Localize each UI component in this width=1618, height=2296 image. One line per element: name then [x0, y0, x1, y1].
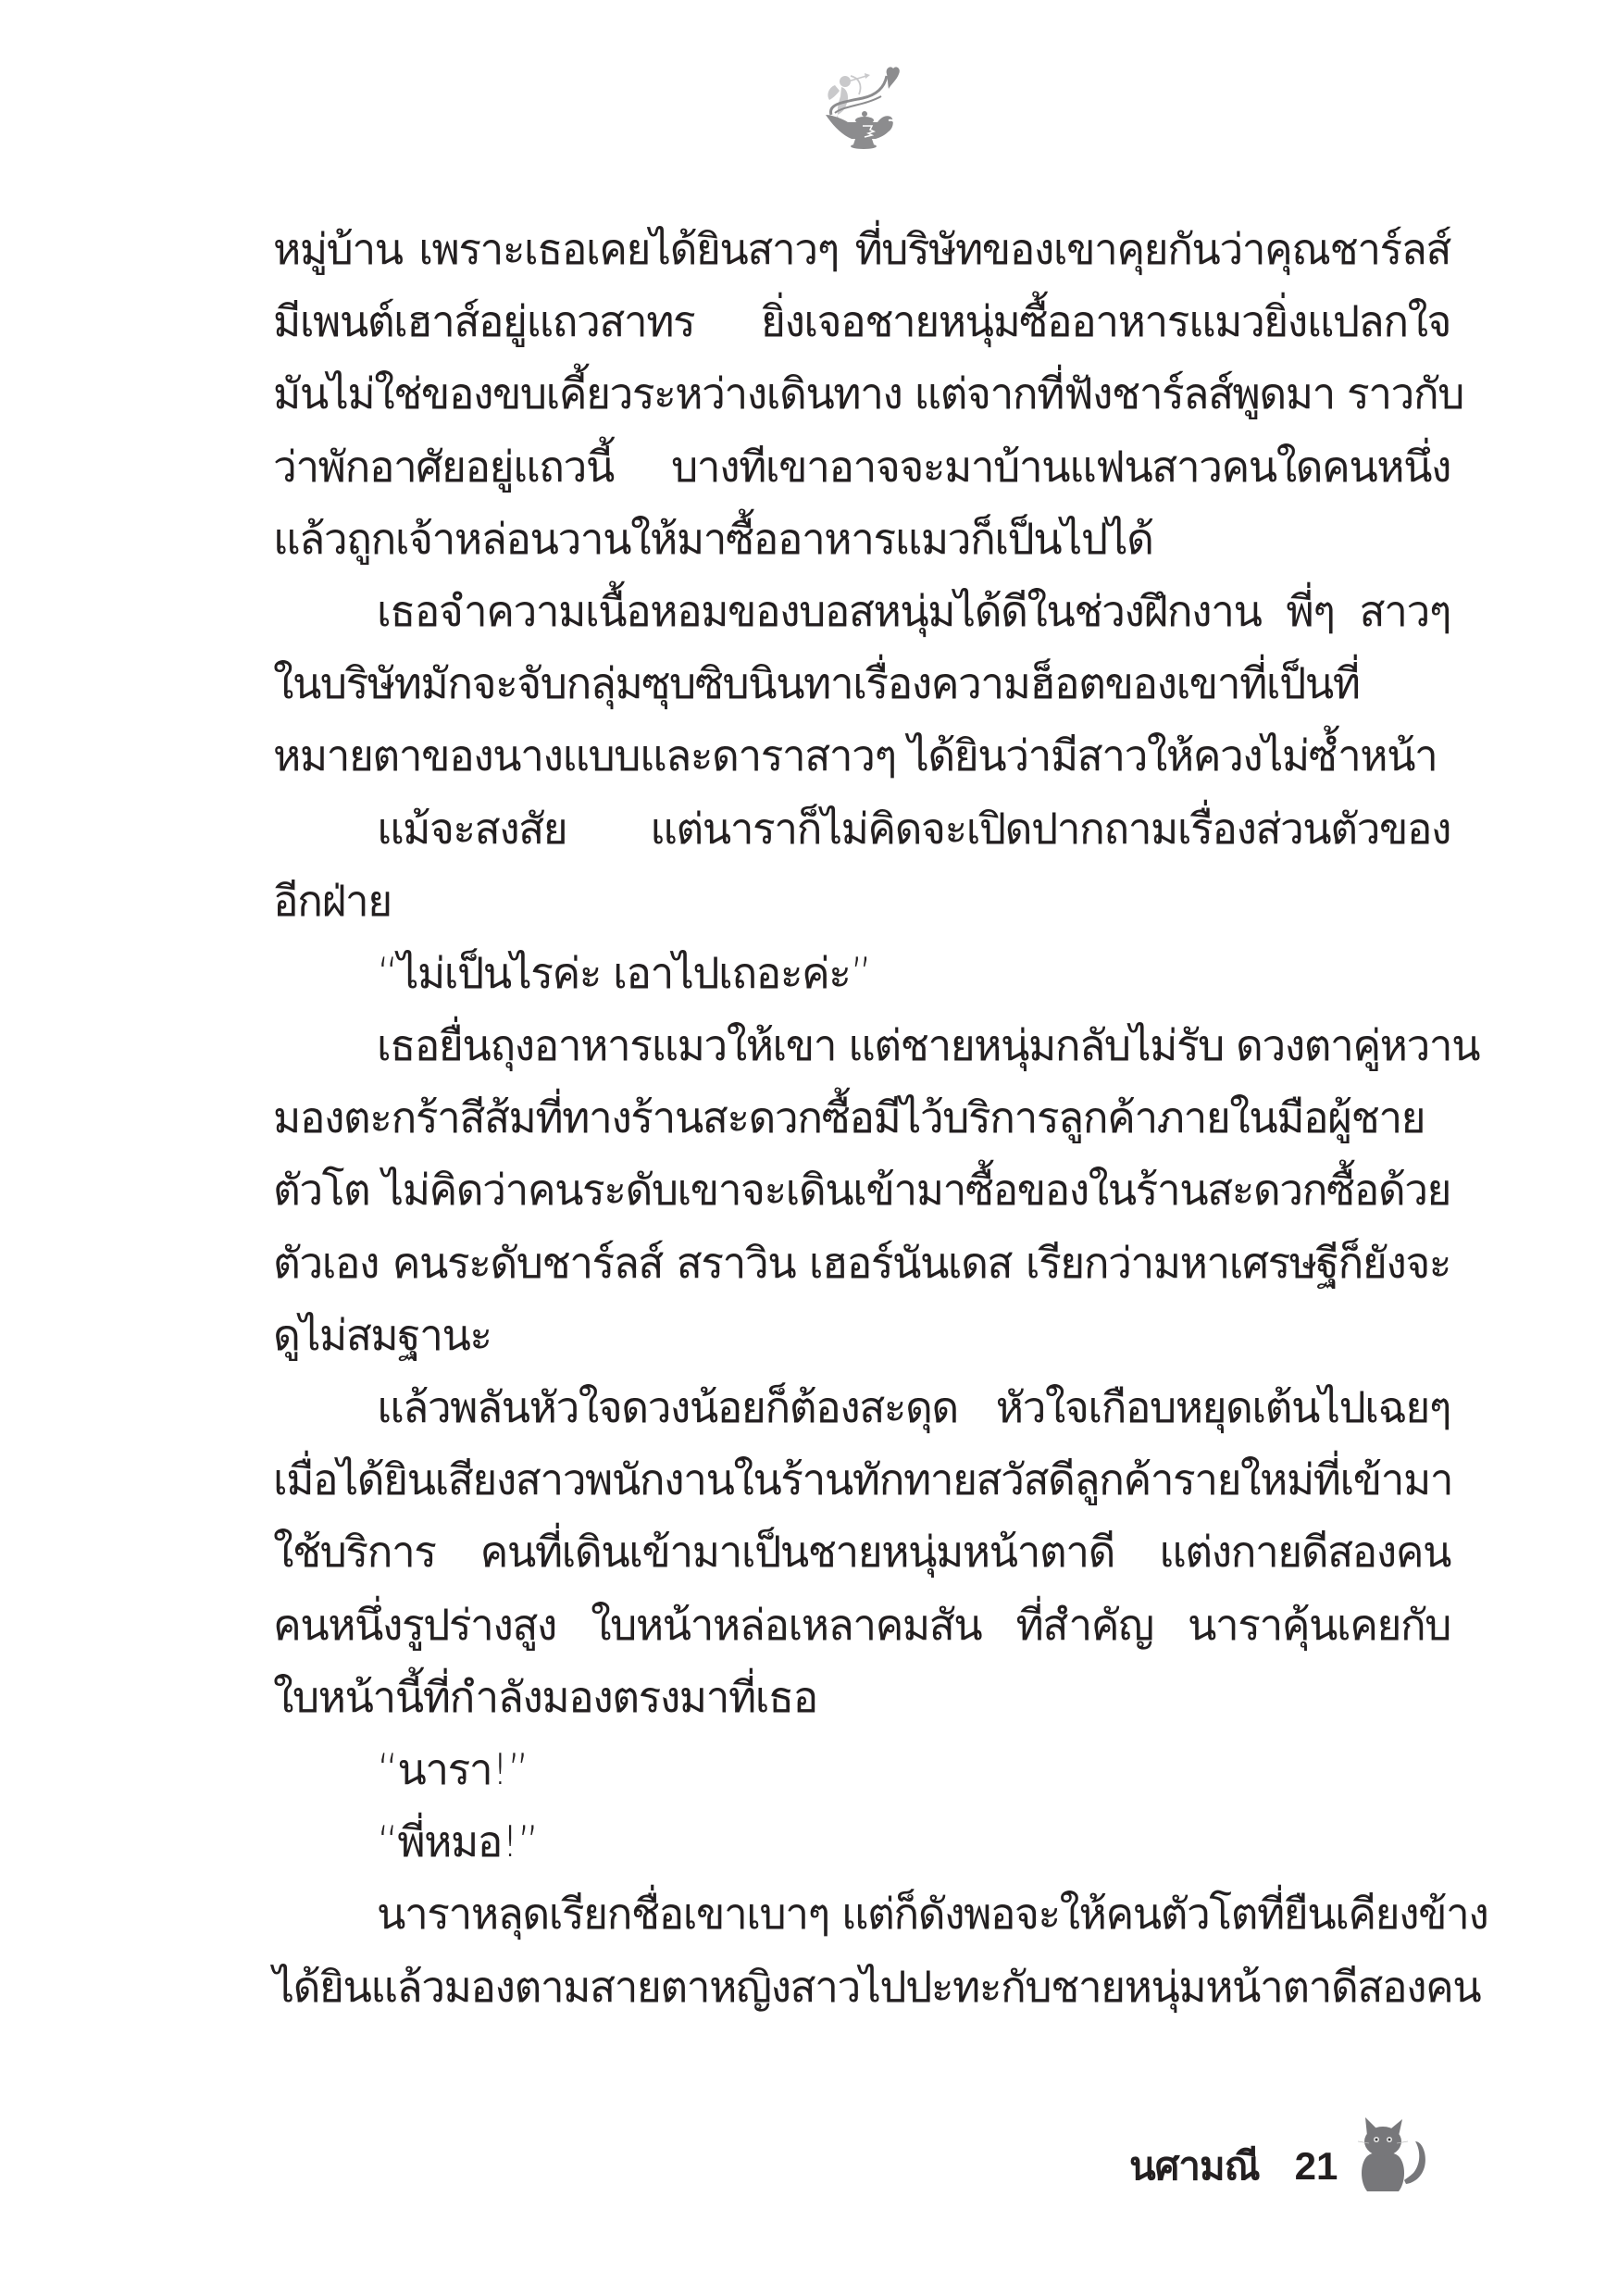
text-line: ได้ยินแล้วมองตามสายตาหญิงสาวไปปะทะกับชาย… — [273, 1951, 1450, 2023]
cat-icon — [1347, 2108, 1436, 2197]
text-line: หมายตาของนางแบบและดาราสาวๆ ได้ยินว่ามีสา… — [273, 719, 1450, 792]
text-line: มันไม่ใช่ของขบเคี้ยวระหว่างเดินทาง แต่จา… — [273, 357, 1450, 430]
text-line: ตัวเอง คนระดับชาร์ลส์ สราวิน เฮอร์นันเดส… — [273, 1227, 1450, 1299]
text-line: แล้วพลันหัวใจดวงน้อยก็ต้องสะดุด หัวใจเกื… — [273, 1371, 1450, 1443]
page-number: 21 — [1295, 2144, 1338, 2189]
text-line: หมู่บ้าน เพราะเธอเคยได้ยินสาวๆ ที่บริษัท… — [273, 213, 1450, 285]
body-text: หมู่บ้าน เพราะเธอเคยได้ยินสาวๆ ที่บริษัท… — [273, 213, 1450, 2023]
text-line: “ไม่เป็นไรค่ะ เอาไปเถอะค่ะ” — [273, 937, 1450, 1009]
text-line: มองตะกร้าสีส้มที่ทางร้านสะดวกซื้อมีไว้บร… — [273, 1081, 1450, 1154]
text-line: เธอยื่นถุงอาหารแมวให้เขา แต่ชายหนุ่มกลับ… — [273, 1009, 1450, 1081]
text-line: แล้วถูกเจ้าหล่อนวานให้มาซื้ออาหารแมวก็เป… — [273, 503, 1450, 575]
text-line: มีเพนต์เฮาส์อยู่แถวสาทร ยิ่งเจอชายหนุ่มซ… — [273, 285, 1450, 357]
text-line: ในบริษัทมักจะจับกลุ่มซุบซิบนินทาเรื่องคว… — [273, 647, 1450, 719]
text-line: “นารา!” — [273, 1733, 1450, 1805]
logo-svg — [807, 57, 907, 150]
text-line: ตัวโต ไม่คิดว่าคนระดับเขาจะเดินเข้ามาซื้… — [273, 1154, 1450, 1226]
text-line: ใบหน้านี้ที่กำลังมองตรงมาที่เธอ — [273, 1661, 1450, 1733]
text-line: ดูไม่สมฐานะ — [273, 1299, 1450, 1371]
cat-svg — [1347, 2108, 1436, 2197]
page-footer: นศามณี 21 — [1129, 2129, 1436, 2203]
text-line: ใช้บริการ คนที่เดินเข้ามาเป็นชายหนุ่มหน้… — [273, 1516, 1450, 1588]
text-line: คนหนึ่งรูปร่างสูง ใบหน้าหล่อเหลาคมสัน ที… — [273, 1589, 1450, 1661]
text-line: ว่าพักอาศัยอยู่แถวนี้ บางทีเขาอาจจะมาบ้า… — [273, 430, 1450, 503]
author-name: นศามณี — [1129, 2136, 1260, 2197]
text-line: เมื่อได้ยินเสียงสาวพนักงานในร้านทักทายสว… — [273, 1443, 1450, 1516]
text-line: อีกฝ่าย — [273, 865, 1450, 937]
text-line: นาราหลุดเรียกชื่อเขาเบาๆ แต่ก็ดังพอจะให้… — [273, 1878, 1450, 1950]
text-line: แม้จะสงสัย แต่นาราก็ไม่คิดจะเปิดปากถามเร… — [273, 792, 1450, 865]
text-line: “พี่หมอ!” — [273, 1805, 1450, 1878]
magic-lamp-cupid-icon — [807, 57, 907, 150]
text-line: เธอจำความเนื้อหอมของบอสหนุ่มได้ดีในช่วงฝ… — [273, 575, 1450, 647]
